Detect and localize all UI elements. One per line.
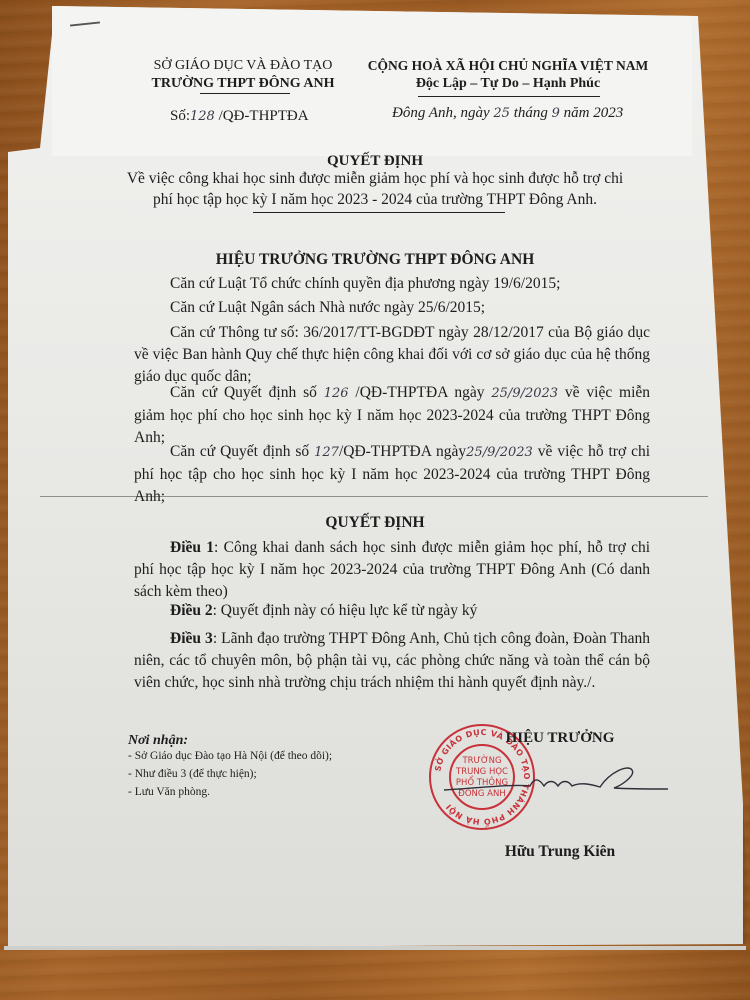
number-prefix: Số: <box>170 108 190 124</box>
year-label: năm 2023 <box>564 105 624 121</box>
recipients-heading: Nơi nhận: <box>128 733 188 749</box>
decision-1-number: 126 <box>324 386 349 401</box>
subject-line-1: Về việc công khai học sinh được miễn giả… <box>100 170 650 188</box>
school-name: TRƯỜNG THPT ĐÔNG ANH <box>128 76 358 92</box>
national-motto: Độc Lập – Tự Do – Hạnh Phúc <box>358 76 658 92</box>
authority-heading: HIỆU TRƯỞNG TRƯỜNG THPT ĐÔNG ANH <box>100 251 650 269</box>
article-2: Điều 2: Quyết định này có hiệu lực kể từ… <box>134 600 650 622</box>
recipient-item: - Lưu Văn phòng. <box>128 786 210 798</box>
signer-name: Hữu Trung Kiên <box>480 843 640 861</box>
agency-name: SỞ GIÁO DỤC VÀ ĐÀO TẠO <box>128 58 358 74</box>
decision-2-mid: /QĐ-THPTĐA ngày <box>339 443 466 460</box>
article-3: Điều 3: Lãnh đạo trường THPT Đông Anh, C… <box>134 628 650 694</box>
basis-3: Căn cứ Thông tư số: 36/2017/TT-BGDĐT ngà… <box>134 322 650 388</box>
article-1: Điều 1: Công khai danh sách học sinh đượ… <box>134 537 650 603</box>
document-title: QUYẾT ĐỊNH <box>100 153 650 170</box>
paper-stack-edge <box>4 946 746 950</box>
article-3-label: Điều 3 <box>170 630 213 647</box>
signer-title: HIỆU TRƯỞNG <box>480 730 640 747</box>
article-2-label: Điều 2 <box>170 602 213 619</box>
document-number: Số:128 /QĐ-THPTĐA <box>170 108 309 125</box>
motto-underline <box>418 96 600 97</box>
handwritten-signature <box>440 762 670 802</box>
basis-3-text: Căn cứ Thông tư số: 36/2017/TT-BGDĐT ngà… <box>134 324 650 385</box>
decision-heading: QUYẾT ĐỊNH <box>100 514 650 532</box>
place-date: Đông Anh, ngày 25 tháng 9 năm 2023 <box>392 105 623 122</box>
basis-decision-2: Căn cứ Quyết định số 127/QĐ-THPTĐA ngày2… <box>134 441 650 508</box>
basis-decision-1: Căn cứ Quyết định số 126 /QĐ-THPTĐA ngày… <box>134 382 650 449</box>
decision-2-date: 25/9/2023 <box>466 445 533 460</box>
decision-1-date: 25/9/2023 <box>491 386 558 401</box>
decision-2-number: 127 <box>314 445 339 460</box>
month-label: tháng <box>514 105 548 121</box>
basis-2: Căn cứ Luật Ngân sách Nhà nước ngày 25/6… <box>170 299 485 317</box>
month-handwritten: 9 <box>552 106 560 121</box>
recipient-item: - Như điều 3 (để thực hiện); <box>128 768 257 780</box>
recipient-item: - Sở Giáo dục Đào tạo Hà Nội (để theo dõ… <box>128 750 332 762</box>
day-handwritten: 25 <box>493 106 510 121</box>
article-2-text: : Quyết định này có hiệu lực kể từ ngày … <box>213 602 478 619</box>
place-date-prefix: Đông Anh, ngày <box>392 105 490 121</box>
decision-2-prefix: Căn cứ Quyết định số <box>170 443 309 460</box>
title-underline <box>253 212 505 213</box>
decision-1-prefix: Căn cứ Quyết định số <box>170 384 317 401</box>
article-1-label: Điều 1 <box>170 539 214 556</box>
basis-1: Căn cứ Luật Tổ chức chính quyền địa phươ… <box>170 275 560 293</box>
decision-1-mid: /QĐ-THPTĐA ngày <box>355 384 484 401</box>
subject-line-2: phí học tập học kỳ I năm học 2023 - 2024… <box>100 191 650 209</box>
school-underline <box>200 93 290 94</box>
number-suffix: /QĐ-THPTĐA <box>219 108 309 124</box>
number-handwritten: 128 <box>190 109 215 124</box>
nation-name: CỘNG HOÀ XÃ HỘI CHỦ NGHĨA VIỆT NAM <box>358 58 658 74</box>
